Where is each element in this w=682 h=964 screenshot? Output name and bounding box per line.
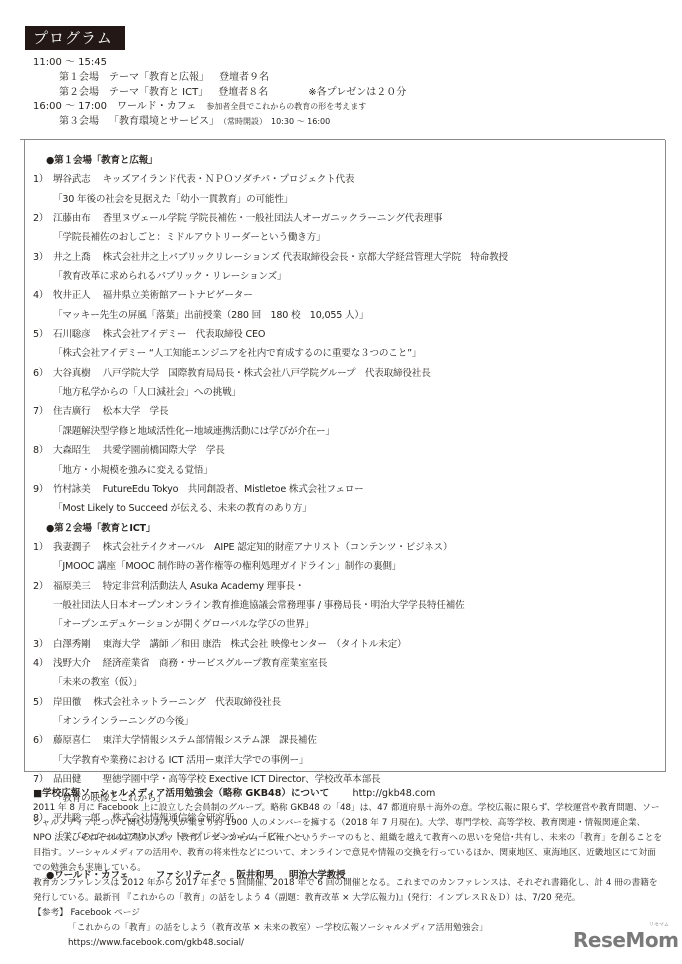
session-item: 2）福原美三特定非営利活動法人 Asuka Academy 理事長・ 一般社団法…: [33, 577, 508, 635]
talk-title: 「30 年後の社会を見据えた「幼小一貫教育」の可能性」: [33, 190, 508, 209]
time-block-1: 11:00 〜 15:45: [33, 56, 107, 71]
speaker-affiliation: 株式会社井之上パブリックリレーションズ 代表取締役会長・京都大学経営管理大学院 …: [103, 252, 508, 263]
talk-title: 「大学教育や業務における ICT 活用ー東洋大学での事例ー」: [33, 751, 508, 770]
session-item: 4）牧井正人福井県立美術館アートナビゲーター 「マッキー先生の屏風「落葉」出前授…: [33, 286, 508, 325]
venue1-heading: ●第１会場「教育と広報」: [33, 151, 508, 170]
talk-title: 「オンラインラーニングの今後」: [33, 712, 508, 731]
speaker-affiliation: 聖徳学園中学・高等学校 Exective ICT Director、学校改革本部…: [93, 774, 380, 785]
venue2-heading: ●第２会場「教育とICT」: [33, 519, 508, 538]
speaker-affiliation: 福井県立美術館アートナビゲーター: [103, 290, 253, 301]
venue3-time: 10:30 〜 16:00: [271, 115, 330, 130]
speaker-affiliation: 香里ヌヴェール学院 学院長補佐・一般社団法人オーガニックラーニング代表理事: [103, 213, 443, 224]
speaker-affiliation: 東海大学 講師 ／和田 康浩 株式会社 映像センター （タイトル未定）: [103, 639, 407, 650]
speaker-name: 住吉廣行: [53, 406, 91, 417]
talk-title: 「課題解決型学修と地域活性化ー地域連携活動には学びが介在ー」: [33, 422, 508, 441]
speaker-name: 白澤秀剛: [53, 639, 91, 650]
program-title: プログラム: [25, 26, 125, 50]
time-block-2: 16:00 〜 17:00: [33, 100, 107, 115]
session-item: 1）堺谷武志キッズアイランド代表・ＮＰＯソダチパ・プロジェクト代表 「30 年後…: [33, 170, 508, 209]
venue2-speakers: 登壇者８名: [218, 86, 268, 101]
about-paragraph-2: 教育カンファレンスは 2012 年から 2017 年まで 5 回開催、2018 …: [33, 876, 663, 906]
session-item: 3）白澤秀剛東海大学 講師 ／和田 康浩 株式会社 映像センター （タイトル未定…: [33, 635, 508, 654]
speaker-affiliation: 経済産業省 商務・サービスグループ教育産業室室長: [103, 658, 328, 669]
about-section: ■学校広報ソーシャルメディア活用勉強会（略称 GKB48）について http:/…: [33, 786, 663, 951]
talk-title: 「地方私学からの「人口減社会」への挑戦」: [33, 383, 508, 402]
speaker-name: 石川聡彦: [53, 329, 91, 340]
reference-type: Facebook ページ: [71, 908, 140, 918]
session-item: 5）岸田徹株式会社ネットラーニング 代表取締役社長 「オンラインラーニングの今後…: [33, 693, 508, 732]
venue3-note: （常時開設）: [219, 115, 267, 130]
logo-kana: リセマム: [649, 921, 669, 928]
world-cafe-note: 参加者全員でこれからの教育の形を考えます: [206, 100, 366, 115]
speaker-name: 福原美三: [53, 581, 91, 592]
session-item: 4）浅野大介経済産業省 商務・サービスグループ教育産業室室長 「未来の教室（仮）…: [33, 654, 508, 693]
talk-title: 「Most Likely to Succeed が伝える、未来の教育のあり方」: [33, 499, 508, 518]
venue1-speakers: 登壇者９名: [219, 71, 269, 86]
speaker-name: 井之上喬: [53, 252, 91, 263]
session-item: 6）藤原喜仁東洋大学情報システム部情報システム課 課長補佐 「大学教育や業務にお…: [33, 731, 508, 770]
speaker-affiliation-continued: 一般社団法人日本オープンオンライン教育推進協議会常務理事 / 事務局長・明治大学…: [33, 596, 508, 615]
venue3-theme: 「教育環境とサービス」: [109, 115, 219, 130]
venue3-name: 第３会場: [59, 115, 99, 130]
talk-title: 「株式会社アイデミー “人工知能エンジニアを社内で育成するのに重要な３つのこと”…: [33, 344, 508, 363]
resemom-logo: ReseMom: [573, 928, 678, 952]
about-url-link[interactable]: http://gkb48.com: [353, 788, 436, 799]
session-item: 6）大谷真樹八戸学院大学 国際教育局局長・株式会社八戸学院グループ 代表取締役社…: [33, 364, 508, 403]
speaker-name: 岸田徹: [53, 697, 81, 708]
speaker-affiliation: 東洋大学情報システム部情報システム課 課長補佐: [103, 735, 317, 746]
speaker-affiliation: 松本大学 学長: [103, 406, 169, 417]
venue2-theme: テーマ「教育と ICT」: [109, 86, 208, 101]
schedule-overview: 11:00 〜 15:45 第１会場 テーマ「教育と広報」 登壇者９名 第２会場…: [33, 56, 406, 130]
session-item: 1）我妻潤子株式会社テイクオーバル AIPE 認定知的財産アナリスト（コンテンツ…: [33, 538, 508, 577]
venue2-note: ※各プレゼンは２０分: [308, 86, 406, 101]
speaker-affiliation: FutureEdu Tokyo 共同創設者、Mistletoe 株式会社フェロー: [103, 484, 364, 495]
session-item: 8）大森昭生共愛学園前橋国際大学 学長 「地方・小規模を強みに変える覚悟」: [33, 441, 508, 480]
venue1-theme: テーマ「教育と広報」: [109, 71, 209, 86]
speaker-affiliation: 共愛学園前橋国際大学 学長: [103, 445, 225, 456]
speaker-affiliation: 株式会社アイデミー 代表取締役 CEO: [103, 329, 266, 340]
speaker-name: 牧井正人: [53, 290, 91, 301]
speaker-name: 藤原喜仁: [53, 735, 91, 746]
speaker-name: 浅野大介: [53, 658, 91, 669]
about-heading: ■学校広報ソーシャルメディア活用勉強会（略称 GKB48）について: [33, 788, 329, 799]
talk-title: 「JMOOC 講座「MOOC 制作時の著作権等の権利処理ガイドライン」制作の裏側…: [33, 557, 508, 576]
reference-url-link[interactable]: https://www.facebook.com/gkb48.social/: [33, 936, 663, 951]
speaker-name: 堺谷武志: [53, 174, 91, 185]
talk-title: 「オープンエデュケーションが開くグローバルな学びの世界」: [33, 615, 508, 634]
talk-title: 「地方・小規模を強みに変える覚悟」: [33, 461, 508, 480]
session-item: 2）江藤由布香里ヌヴェール学院 学院長補佐・一般社団法人オーガニックラーニング代…: [33, 209, 508, 248]
session-item: 5）石川聡彦株式会社アイデミー 代表取締役 CEO 「株式会社アイデミー “人工…: [33, 325, 508, 364]
talk-title: 「学院長補佐のおしごと：ミドルアウトリーダーという働き方」: [33, 228, 508, 247]
session-item: 7）住吉廣行松本大学 学長 「課題解決型学修と地域活性化ー地域連携活動には学びが…: [33, 402, 508, 441]
speaker-name: 品田健: [53, 774, 81, 785]
speaker-affiliation: 八戸学院大学 国際教育局局長・株式会社八戸学院グループ 代表取締役社長: [103, 368, 431, 379]
venue1-name: 第１会場: [59, 71, 99, 86]
talk-title: 「未来の教室（仮）」: [33, 673, 508, 692]
talk-title: 「教育改革に求められるパブリック・リレーションズ」: [33, 267, 508, 286]
speaker-name: 江藤由布: [53, 213, 91, 224]
speaker-affiliation: 株式会社ネットラーニング 代表取締役社長: [93, 697, 281, 708]
session-item: 3）井之上喬株式会社井之上パブリックリレーションズ 代表取締役会長・京都大学経営…: [33, 248, 508, 287]
session-item: 9）竹村詠美FutureEdu Tokyo 共同創設者、Mistletoe 株式…: [33, 480, 508, 519]
speaker-affiliation: 特定非営利活動法人 Asuka Academy 理事長・: [103, 581, 305, 592]
talk-title: 「マッキー先生の屏風「落葉」出前授業（280 回 180 校 10,055 人）…: [33, 306, 508, 325]
reference-label: 【参考】: [33, 908, 68, 918]
venue2-name: 第２会場: [59, 86, 99, 101]
speaker-affiliation: 株式会社テイクオーバル AIPE 認定知的財産アナリスト（コンテンツ・ビジネス）: [103, 542, 453, 553]
speaker-name: 竹村詠美: [53, 484, 91, 495]
speaker-name: 我妻潤子: [53, 542, 91, 553]
about-paragraph-1: 2011 年 8 月に Facebook 上に設立した会員制のグループ。略称 G…: [33, 801, 663, 876]
speaker-name: 大森昭生: [53, 445, 91, 456]
session-list: ●第１会場「教育と広報」 1）堺谷武志キッズアイランド代表・ＮＰＯソダチパ・プロ…: [33, 151, 508, 886]
speaker-name: 大谷真樹: [53, 368, 91, 379]
reference-title: 「これからの「教育」の話をしよう（教育改革 × 未来の教室）ー学校広報ソーシャル…: [33, 921, 663, 936]
world-cafe-name: ワールド・カフェ: [117, 100, 196, 115]
speaker-affiliation: キッズアイランド代表・ＮＰＯソダチパ・プロジェクト代表: [103, 174, 355, 185]
